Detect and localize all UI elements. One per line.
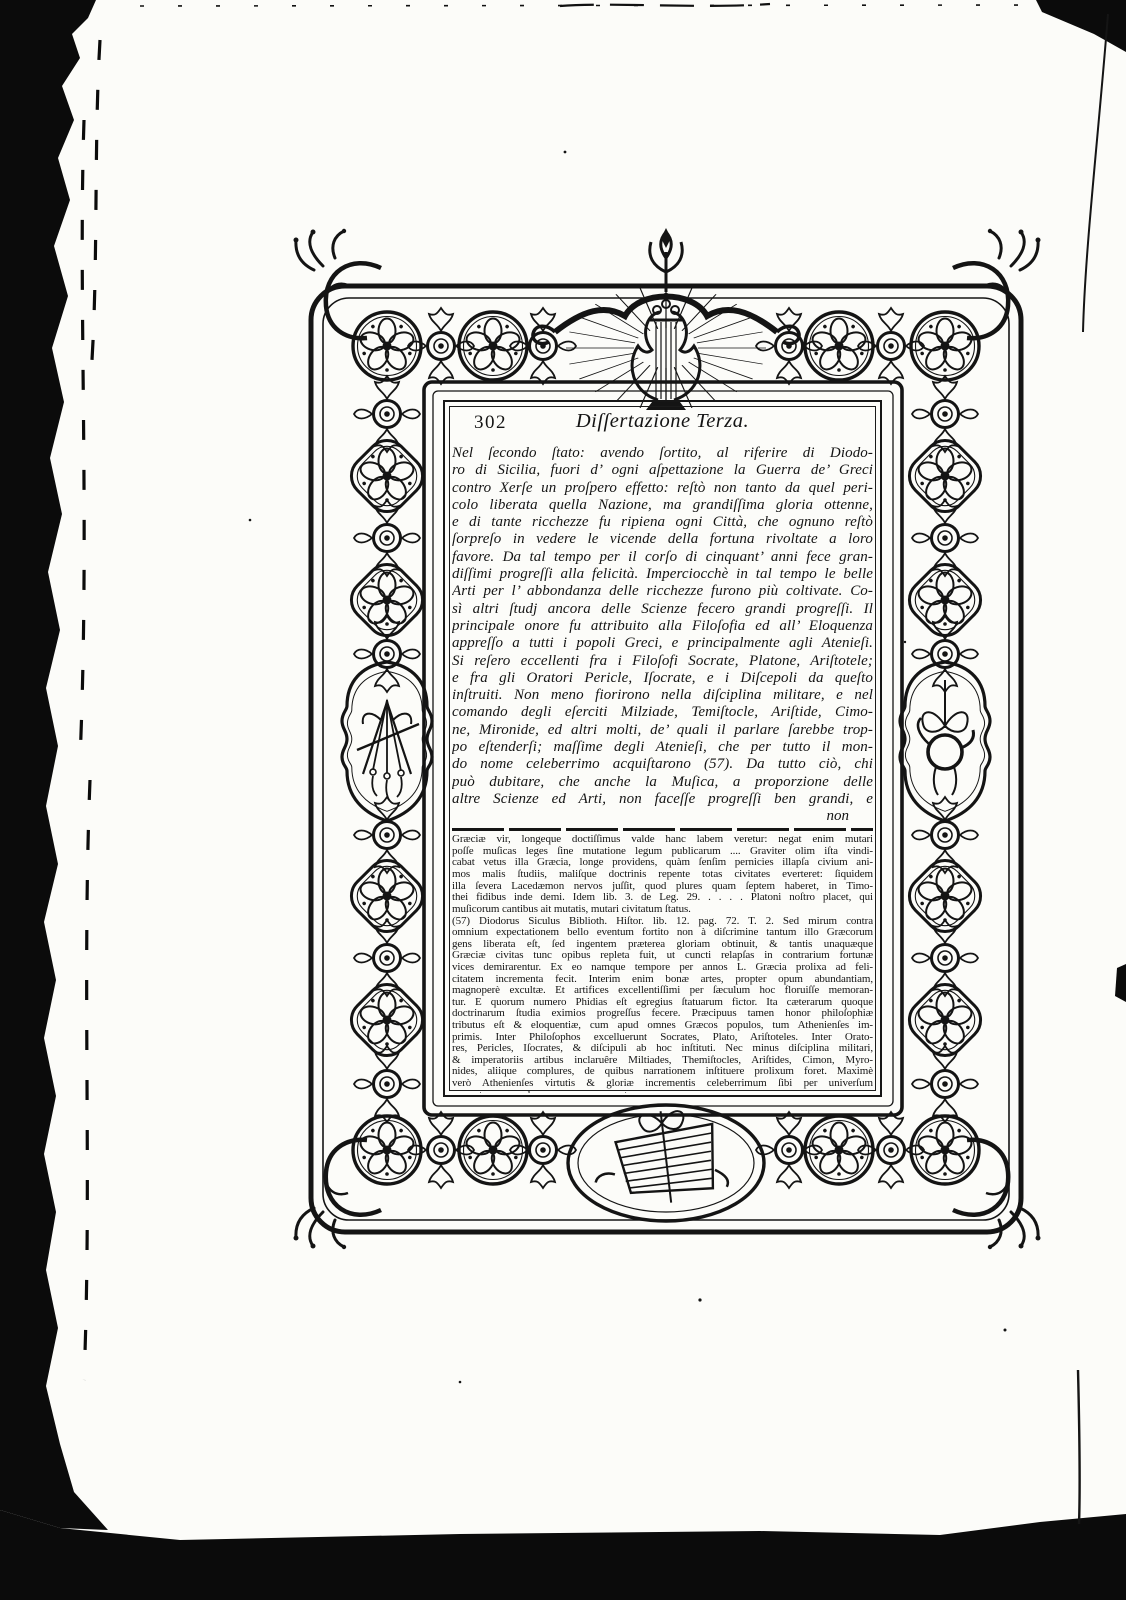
text-line: inſtruiti. Non meno fiorirono nella diſc…	[452, 687, 873, 704]
text-line: comando degli eſerciti Milziade, Temiſto…	[452, 704, 873, 721]
footnote-57: (57) Diodorus Siculus Biblioth. Hiſtor. …	[452, 916, 873, 1094]
page-edge-line-bottom	[1078, 1370, 1080, 1524]
footnote-line: muſicorum cantibus ait mutatis, mutari c…	[452, 904, 873, 916]
footnote-line: verò Athenienſes virtutis & gloriæ incre…	[452, 1078, 873, 1090]
footnote-line: mos malis ſtudiis, maliſque doctrinis re…	[452, 869, 873, 881]
top-right-corner-mark	[1036, 0, 1126, 52]
text-line: ne, Mironide, ed altri molti, de’ quali …	[452, 722, 873, 739]
catchword: non	[827, 808, 850, 824]
footnote-line: tur. E quorum numero Phidias eſt egregiu…	[452, 997, 873, 1009]
footnote-line: nides, aliique complures, de quibus narr…	[452, 1066, 873, 1078]
footnote-line: poſſe muſicas leges ſine mutatione legum…	[452, 846, 873, 858]
text-line: appreſſo a tutti i popoli Greci, e princ…	[452, 635, 873, 652]
left-edge-band	[0, 0, 108, 1530]
footnote-line: doctrinarum ſtudia eximios progreſſus fe…	[452, 1008, 873, 1020]
text-line: principale onore fu attribuito alla Filo…	[452, 618, 873, 635]
top-edge-squiggle	[560, 4, 770, 6]
left-edge-streaks	[80, 40, 100, 1380]
text-line: po eſtenderſi; maſſime degli Atenieſi, c…	[452, 739, 873, 756]
footnote-line: citatem incrementa fecit. Interim enim b…	[452, 974, 873, 986]
footnote-line: res, Pericles, Iſocrates, & diſcipuli ab…	[452, 1043, 873, 1055]
page-header: 302 Diſſertazione Terza.	[452, 410, 873, 438]
text-line: ſorpreſo in vedere le vicende della fort…	[452, 531, 873, 548]
text-line: può dubitare, che anche la Muſica, a pro…	[452, 774, 873, 791]
main-text: Nel ſecondo ſtato: avendo ſortito, al ri…	[452, 445, 873, 808]
text-line: e di tante ricchezze fu ripiena ogni Cit…	[452, 514, 873, 531]
footnote-line: gens liberata eſt, ſed ingentem præterea…	[452, 939, 873, 951]
footnote-line: vices demirarentur. Ex eo namque tempore…	[452, 962, 873, 974]
footnote-line: thei fidibus inde demi. Idem lib. 3. de …	[452, 892, 873, 904]
top-edge-marks	[140, 5, 1050, 6]
text-line: do nome celeberrimo acquiſtarono (57). D…	[452, 756, 873, 773]
footnote-line: & imperatoriis artibus inclaruêre Miltia…	[452, 1055, 873, 1067]
footnote-line: primis. Inter Philoſophos excelluerunt S…	[452, 1032, 873, 1044]
text-line: sì altri ſtudj ancora delle Scienze fece…	[452, 601, 873, 618]
text-line: colo liberata quella Nazione, ma grandiſ…	[452, 497, 873, 514]
bottom-edge-band	[0, 1510, 1126, 1600]
text-line: ro di Sicilia, fuori d’ ogni aſpettazion…	[452, 462, 873, 479]
page-content: 302 Diſſertazione Terza. Nel ſecondo ſta…	[452, 408, 873, 1093]
scanned-book-page: 302 Diſſertazione Terza. Nel ſecondo ſta…	[0, 0, 1126, 1600]
text-line: diſſimi progreſſi alla felicità. Imperci…	[452, 566, 873, 583]
footnote-line: Græciæ civitas tunc opibus repleta fuit,…	[452, 950, 873, 962]
text-line: Arti per l’ abbondanza delle ricchezze f…	[452, 583, 873, 600]
footnote-line: magnoperè excultæ. Et artifices excellen…	[452, 985, 873, 997]
running-title: Diſſertazione Terza.	[452, 410, 873, 433]
page-edge-line-top	[1083, 14, 1108, 332]
text-line: Si reſero eccellenti fra i Filoſofi Socr…	[452, 653, 873, 670]
text-line: Nel ſecondo ſtato: avendo ſortito, al ri…	[452, 445, 873, 462]
right-edge-mark	[1115, 964, 1126, 1002]
footnote-line: (57) Diodorus Siculus Biblioth. Hiſtor. …	[452, 916, 873, 928]
catchword-row: non	[452, 808, 873, 825]
text-line: favore. Da tal tempo per il corſo di cin…	[452, 549, 873, 566]
footnote-line: illa ſevera Lacedæmon nervos juſſit, quo…	[452, 881, 873, 893]
text-frame: 302 Diſſertazione Terza. Nel ſecondo ſta…	[443, 400, 882, 1097]
text-line: altre Scienze ed Arti, non faceſſe progr…	[452, 791, 873, 808]
footnote-line: omnium expectationem bello eventum forti…	[452, 927, 873, 939]
footnote-rule	[452, 828, 873, 831]
text-line: e fra gli Oratori Pericle, Iſocrate, e i…	[452, 670, 873, 687]
footnote-line: tributus eſt & eloquentiæ, cum apud omne…	[452, 1020, 873, 1032]
page-number: 302	[474, 412, 507, 434]
footnote-continuation: Græciæ vir, longeque doctiſſimus valde h…	[452, 834, 873, 915]
text-line: contro Xerſe un proſpero effetto: reſtò …	[452, 480, 873, 497]
footnote-line: prope terrarum orbem nomen pepererunt.	[452, 1090, 873, 1093]
footnote-line: cabat vetus illa Græcia, longe providens…	[452, 857, 873, 869]
footnote-line: Græciæ vir, longeque doctiſſimus valde h…	[452, 834, 873, 846]
